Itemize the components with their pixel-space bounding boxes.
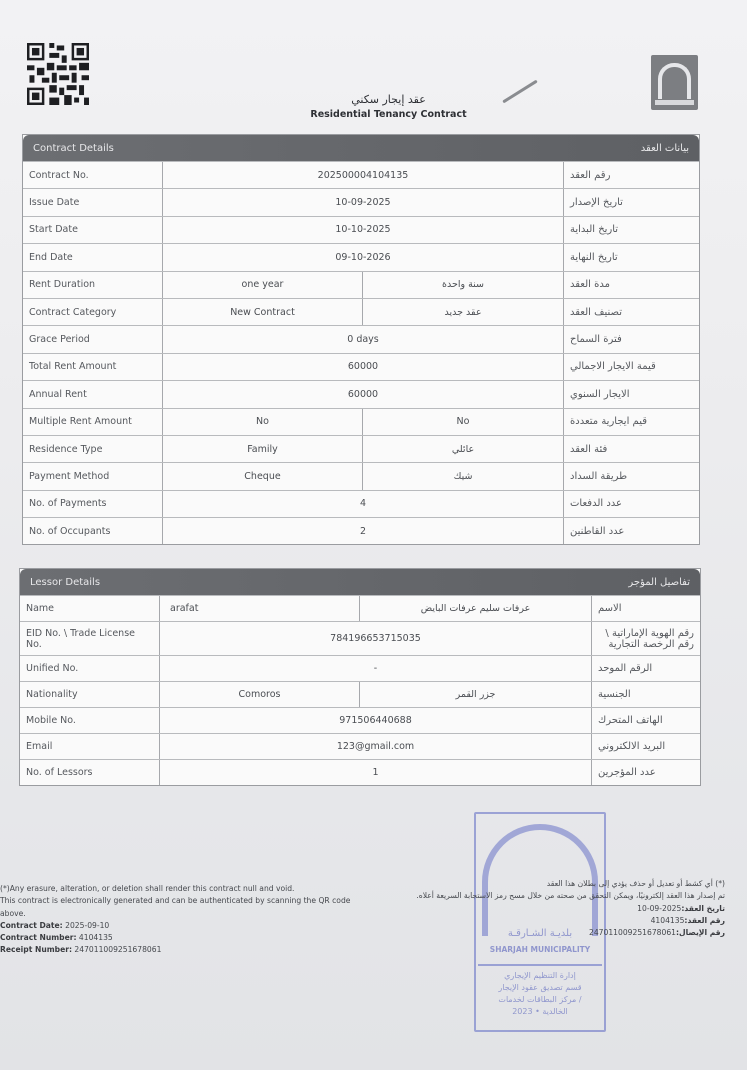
- row-label-ar: تاريخ البداية: [563, 217, 699, 243]
- stamp-line: إدارة التنظيم الإيجاري: [480, 970, 600, 981]
- table-row: No. of Payments4عدد الدفعات: [23, 490, 699, 517]
- row-value: 0 days: [163, 326, 563, 352]
- lessor-details-table: Lessor Details تفاصيل المؤجر Namearafatع…: [19, 568, 701, 786]
- table-row: Unified No.-الرقم الموحد: [20, 655, 700, 681]
- row-value: -: [160, 656, 591, 681]
- footer-note: (*)Any erasure, alteration, or deletion …: [0, 883, 360, 895]
- row-label-ar: الهاتف المتحرك: [591, 708, 700, 733]
- row-label-ar: عدد القاطنين: [563, 518, 699, 544]
- document-page: عقد إيجار سكني Residential Tenancy Contr…: [0, 0, 747, 1070]
- row-value: 1: [160, 760, 591, 785]
- row-label-ar: فئة العقد: [563, 436, 699, 462]
- row-label-ar: رقم العقد: [563, 162, 699, 188]
- row-value: 10-09-2025: [163, 189, 563, 215]
- table-row: No. of Occupants2عدد القاطنين: [23, 517, 699, 544]
- table-row: EID No. \ Trade License No.7841966537150…: [20, 621, 700, 655]
- row-label-ar: تصنيف العقد: [563, 299, 699, 325]
- row-label-en: Annual Rent: [23, 381, 163, 407]
- row-label-en: Payment Method: [23, 463, 163, 489]
- row-label-en: Unified No.: [20, 656, 160, 681]
- row-label-ar: عدد المؤجرين: [591, 760, 700, 785]
- table-row: Contract No.202500004104135رقم العقد: [23, 161, 699, 188]
- row-label-en: Contract Category: [23, 299, 163, 325]
- contract-date-line: تاريخ العقد:2025-09-10: [395, 903, 725, 915]
- footer-note: This contract is electronically generate…: [0, 895, 360, 920]
- contract-number-line: Contract Number: 4104135: [0, 932, 360, 944]
- row-value-ar: عرفات سليم عرفات البايض: [360, 596, 591, 621]
- footer-english: (*)Any erasure, alteration, or deletion …: [0, 883, 360, 957]
- row-label-en: Name: [20, 596, 160, 621]
- table-row: Residence TypeFamilyعائليفئة العقد: [23, 435, 699, 462]
- table-row: Multiple Rent AmountNoNoقيم ايجارية متعد…: [23, 408, 699, 435]
- row-value-en: one year: [163, 272, 363, 298]
- row-label-en: Total Rent Amount: [23, 354, 163, 380]
- row-value-ar: شيك: [363, 463, 563, 489]
- table-row: Annual Rent60000الايجار السنوي: [23, 380, 699, 407]
- row-label-en: Mobile No.: [20, 708, 160, 733]
- table-row: Namearafatعرفات سليم عرفات البايضالاسم: [20, 595, 700, 621]
- table-row: NationalityComorosجزر القمرالجنسية: [20, 681, 700, 707]
- table-row: Email123@gmail.comالبريد الالكتروني: [20, 733, 700, 759]
- table-row: Issue Date10-09-2025تاريخ الإصدار: [23, 188, 699, 215]
- row-value-en: Family: [163, 436, 363, 462]
- row-label-en: EID No. \ Trade License No.: [20, 622, 160, 655]
- row-value: 202500004104135: [163, 162, 563, 188]
- row-label-ar: الاسم: [591, 596, 700, 621]
- row-label-en: End Date: [23, 244, 163, 270]
- row-label-en: No. of Lessors: [20, 760, 160, 785]
- section-title-en: Contract Details: [33, 143, 114, 154]
- contract-number-line: رقم العقد:4104135: [395, 915, 725, 927]
- row-value-ar: سنة واحدة: [363, 272, 563, 298]
- row-label-ar: الجنسية: [591, 682, 700, 707]
- row-value-ar: عائلي: [363, 436, 563, 462]
- row-label-ar: البريد الالكتروني: [591, 734, 700, 759]
- row-label-ar: طريقة السداد: [563, 463, 699, 489]
- row-label-en: Residence Type: [23, 436, 163, 462]
- row-label-ar: قيمة الايجار الاجمالي: [563, 354, 699, 380]
- table-row: Start Date10-10-2025تاريخ البداية: [23, 216, 699, 243]
- stamp-line: مركز البطاقات لخدمات /: [480, 994, 600, 1005]
- table-row: Mobile No.971506440688الهاتف المتحرك: [20, 707, 700, 733]
- contract-date-line: Contract Date: 2025-09-10: [0, 920, 360, 932]
- table-row: Total Rent Amount60000قيمة الايجار الاجم…: [23, 353, 699, 380]
- table-row: Grace Period0 daysفترة السماح: [23, 325, 699, 352]
- row-value-en: New Contract: [163, 299, 363, 325]
- row-value: 784196653715035: [160, 622, 591, 655]
- row-label-ar: قيم ايجارية متعددة: [563, 409, 699, 435]
- receipt-number-line: رقم الإيصال:247011009251678061: [395, 927, 725, 939]
- row-value-en: arafat: [160, 596, 360, 621]
- row-label-en: Contract No.: [23, 162, 163, 188]
- contract-details-table: Contract Details بيانات العقد Contract N…: [22, 134, 700, 545]
- row-label-en: No. of Payments: [23, 491, 163, 517]
- row-label-ar: فترة السماح: [563, 326, 699, 352]
- section-title-ar: تفاصيل المؤجر: [628, 577, 690, 588]
- table-row: End Date09-10-2026تاريخ النهاية: [23, 243, 699, 270]
- section-header: Contract Details بيانات العقد: [23, 135, 699, 161]
- row-label-ar: تاريخ الإصدار: [563, 189, 699, 215]
- table-row: Rent Durationone yearسنة واحدةمدة العقد: [23, 271, 699, 298]
- table-row: Payment MethodChequeشيكطريقة السداد: [23, 462, 699, 489]
- row-label-en: Issue Date: [23, 189, 163, 215]
- row-value-ar: عقد جديد: [363, 299, 563, 325]
- row-value: 2: [163, 518, 563, 544]
- row-label-ar: مدة العقد: [563, 272, 699, 298]
- row-value-en: Comoros: [160, 682, 360, 707]
- stamp-line: الخالدية • 2023: [480, 1006, 600, 1017]
- row-value-ar: No: [363, 409, 563, 435]
- row-label-ar: عدد الدفعات: [563, 491, 699, 517]
- footer-note: تم إصدار هذا العقد إلكترونيًا، ويمكن الت…: [395, 890, 725, 902]
- row-value-en: No: [163, 409, 363, 435]
- row-label-ar: الايجار السنوي: [563, 381, 699, 407]
- footer-arabic: (*) أي كشط أو تعديل أو حذف يؤدي إلى بطلا…: [395, 878, 725, 939]
- title-arabic: عقد إيجار سكني: [0, 93, 747, 106]
- section-title-en: Lessor Details: [30, 577, 100, 588]
- table-row: No. of Lessors1عدد المؤجرين: [20, 759, 700, 785]
- table-row: Contract CategoryNew Contractعقد جديدتصن…: [23, 298, 699, 325]
- row-value: 60000: [163, 381, 563, 407]
- row-label-en: Start Date: [23, 217, 163, 243]
- stamp-line: قسم تصديق عقود الإيجار: [480, 982, 600, 993]
- row-label-en: Grace Period: [23, 326, 163, 352]
- row-value: 10-10-2025: [163, 217, 563, 243]
- section-title-ar: بيانات العقد: [641, 143, 689, 154]
- row-value: 09-10-2026: [163, 244, 563, 270]
- footer-note: (*) أي كشط أو تعديل أو حذف يؤدي إلى بطلا…: [395, 878, 725, 890]
- row-label-ar: تاريخ النهاية: [563, 244, 699, 270]
- title-english: Residential Tenancy Contract: [0, 109, 747, 120]
- row-label-en: Rent Duration: [23, 272, 163, 298]
- row-label-en: No. of Occupants: [23, 518, 163, 544]
- stamp-line: SHARJAH MUNICIPALITY: [480, 944, 600, 955]
- row-label-en: Email: [20, 734, 160, 759]
- row-value: 60000: [163, 354, 563, 380]
- row-label-ar: رقم الهوية الإماراتية \ رقم الرخصة التجا…: [591, 622, 700, 655]
- row-value: 4: [163, 491, 563, 517]
- section-header: Lessor Details تفاصيل المؤجر: [20, 569, 700, 595]
- row-value: 123@gmail.com: [160, 734, 591, 759]
- receipt-number-line: Receipt Number: 247011009251678061: [0, 944, 360, 956]
- row-value: 971506440688: [160, 708, 591, 733]
- row-label-en: Nationality: [20, 682, 160, 707]
- row-value-en: Cheque: [163, 463, 363, 489]
- row-value-ar: جزر القمر: [360, 682, 591, 707]
- row-label-ar: الرقم الموحد: [591, 656, 700, 681]
- row-label-en: Multiple Rent Amount: [23, 409, 163, 435]
